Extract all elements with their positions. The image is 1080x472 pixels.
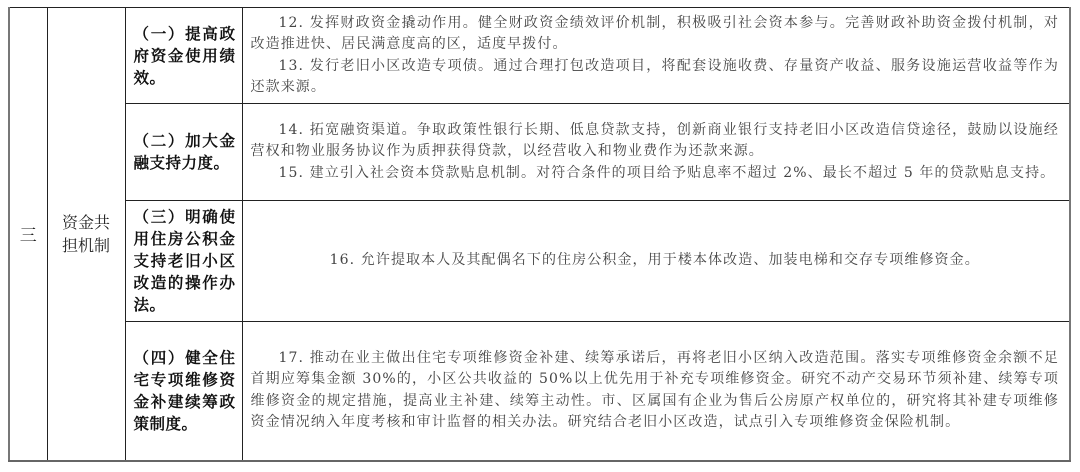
item-text: 15. 建立引入社会资本贷款贴息机制。对符合条件的项目给予贴息率不超过 2%、最… (251, 163, 1060, 185)
subtitle-cell: （四）健全住宅专项维修资金补建续筹政策制度。 (125, 322, 242, 461)
category-line: 担机制 (48, 234, 125, 257)
subtitle-cell: （二）加大金融支持力度。 (125, 104, 242, 201)
section-number: 三 (9, 8, 47, 461)
category-line: 资金共 (48, 211, 125, 234)
table-row: （四）健全住宅专项维修资金补建续筹政策制度。 17. 推动在业主做出住宅专项维修… (9, 322, 1070, 461)
content-cell: 12. 发挥财政资金撬动作用。健全财政资金绩效评价机制，积极吸引社会资本参与。完… (242, 8, 1070, 104)
section-category: 资金共 担机制 (47, 8, 125, 461)
content-cell: 14. 拓宽融资渠道。争取政策性银行长期、低息贷款支持，创新商业银行支持老旧小区… (242, 104, 1070, 201)
item-text: 14. 拓宽融资渠道。争取政策性银行长期、低息贷款支持，创新商业银行支持老旧小区… (251, 120, 1060, 163)
table-row: 三 资金共 担机制 （一）提高政府资金使用绩效。 12. 发挥财政资金撬动作用。… (9, 8, 1070, 104)
item-text: 13. 发行老旧小区改造专项债。通过合理打包改造项目，将配套设施收费、存量资产收… (251, 56, 1060, 99)
item-text: 12. 发挥财政资金撬动作用。健全财政资金绩效评价机制，积极吸引社会资本参与。完… (251, 13, 1060, 56)
content-cell: 16. 允许提取本人及其配偶名下的住房公积金，用于楼本体改造、加装电梯和交存专项… (242, 201, 1070, 322)
item-text: 16. 允许提取本人及其配偶名下的住房公积金，用于楼本体改造、加装电梯和交存专项… (251, 250, 1060, 272)
table-row: （二）加大金融支持力度。 14. 拓宽融资渠道。争取政策性银行长期、低息贷款支持… (9, 104, 1070, 201)
subtitle-cell: （一）提高政府资金使用绩效。 (125, 8, 242, 104)
table-row: （三）明确使用住房公积金支持老旧小区改造的操作办法。 16. 允许提取本人及其配… (9, 201, 1070, 322)
subtitle-cell: （三）明确使用住房公积金支持老旧小区改造的操作办法。 (125, 201, 242, 322)
content-cell: 17. 推动在业主做出住宅专项维修资金补建、续筹承诺后，再将老旧小区纳入改造范围… (242, 322, 1070, 461)
policy-table: 三 资金共 担机制 （一）提高政府资金使用绩效。 12. 发挥财政资金撬动作用。… (8, 7, 1071, 462)
item-text: 17. 推动在业主做出住宅专项维修资金补建、续筹承诺后，再将老旧小区纳入改造范围… (251, 348, 1060, 434)
